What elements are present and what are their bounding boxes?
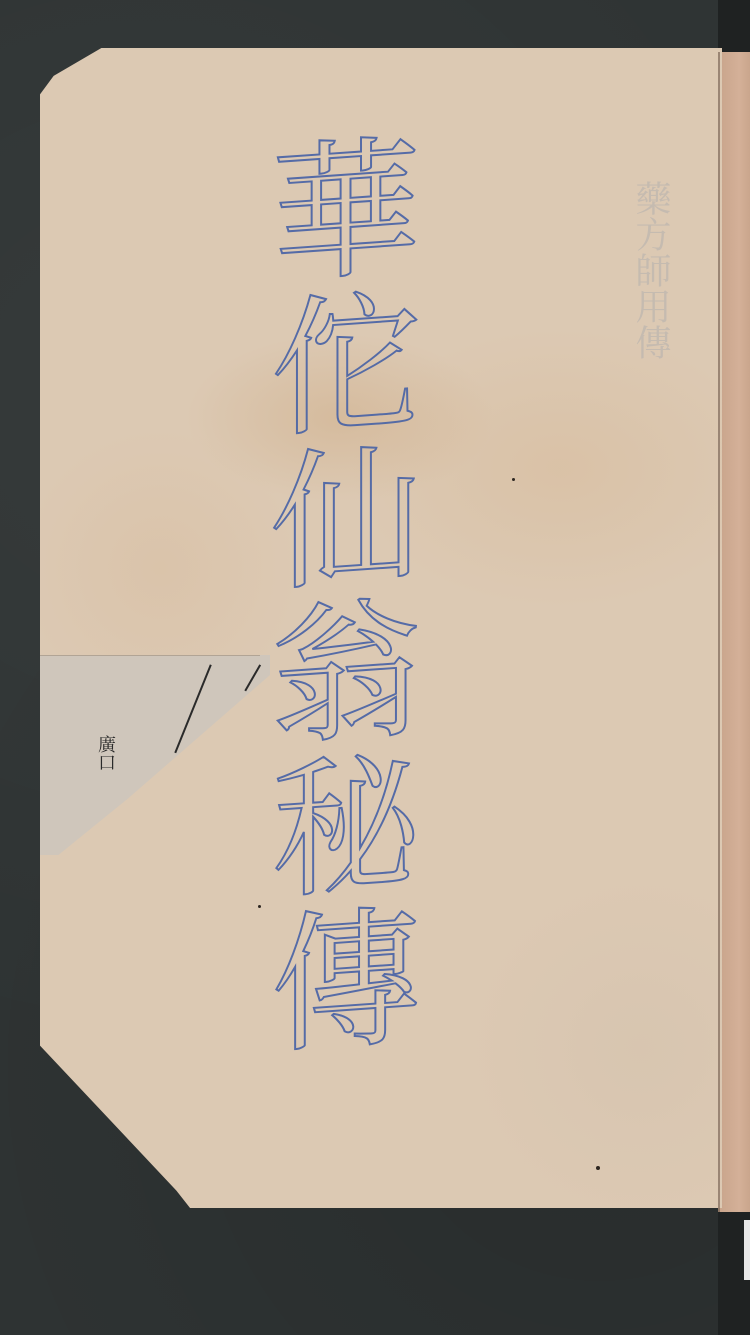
bleed-through-text: 藥方師用傳 <box>620 180 680 840</box>
page-edge <box>718 52 720 1208</box>
margin-note: 廣口 <box>92 735 118 771</box>
paper-speck <box>512 478 515 481</box>
title-calligraphy: 華佗仙翁秘傳 <box>222 122 442 1067</box>
back-cover-board <box>718 52 750 1212</box>
paper-speck <box>596 1166 600 1170</box>
spine-edge <box>744 1220 750 1280</box>
paper-speck <box>258 905 261 908</box>
